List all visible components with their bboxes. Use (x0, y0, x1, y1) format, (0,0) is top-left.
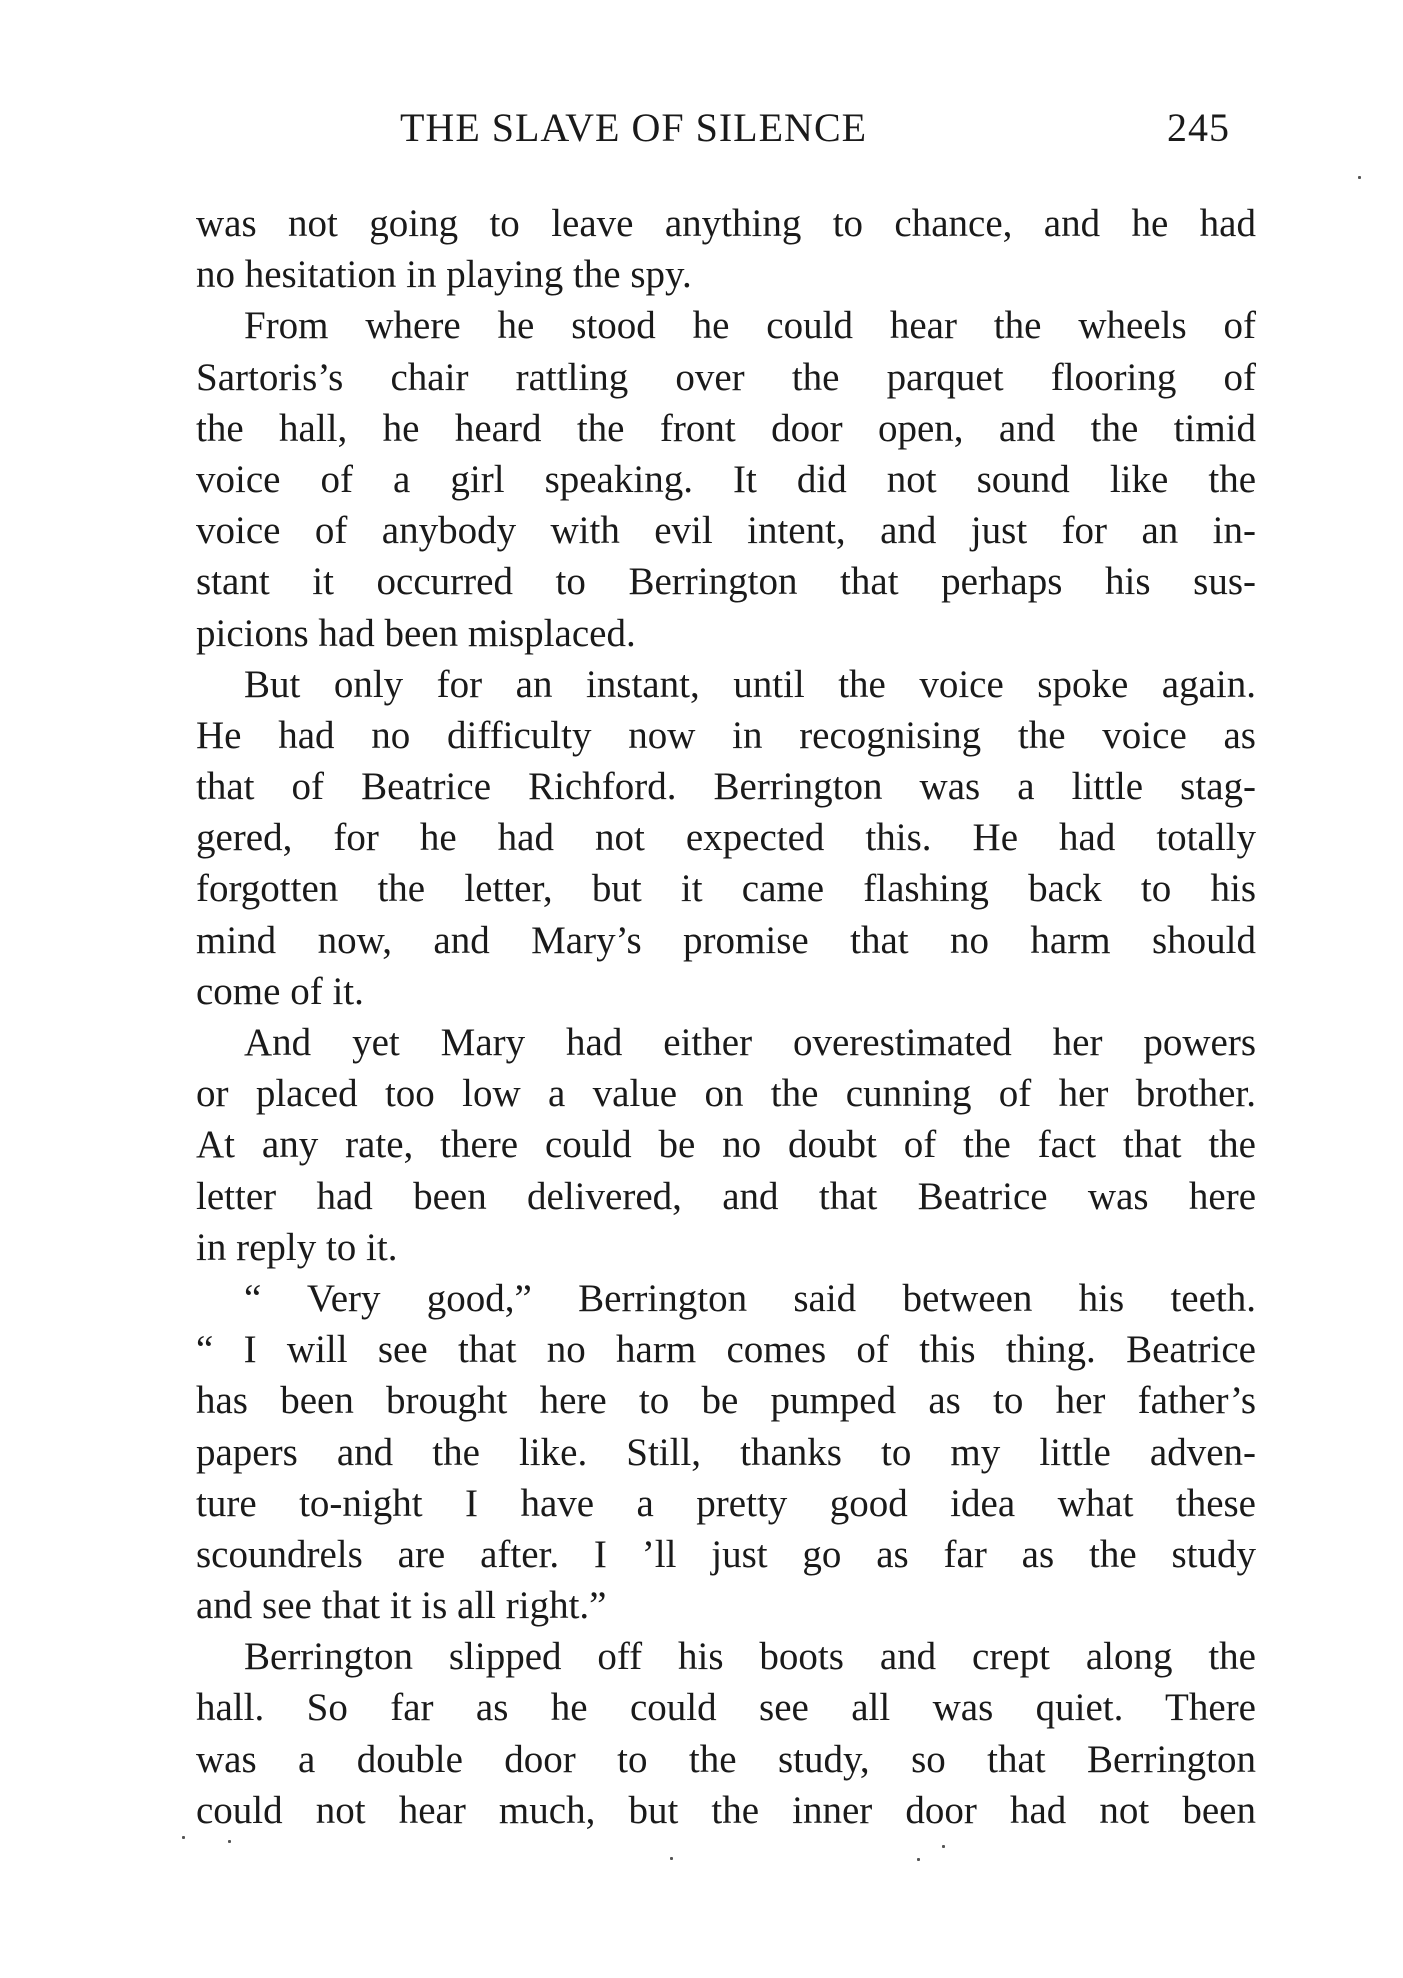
text-line: And yet Mary had either overestimated he… (196, 1017, 1256, 1068)
text-line: From where he stood he could hear the wh… (196, 300, 1256, 351)
text-line: picions had been misplaced. (196, 608, 1256, 659)
text-line: forgotten the letter, but it came flashi… (196, 863, 1256, 914)
text-line: hall. So far as he could see all was qui… (196, 1682, 1256, 1733)
text-line: “ I will see that no harm comes of this … (196, 1324, 1256, 1375)
running-header: THE SLAVE OF SILENCE 245 (400, 104, 1230, 154)
text-line: But only for an instant, until the voice… (196, 659, 1256, 710)
text-line: that of Beatrice Richford. Berrington wa… (196, 761, 1256, 812)
scan-speck (670, 1857, 673, 1860)
text-line: no hesitation in playing the spy. (196, 249, 1256, 300)
scan-speck (228, 1840, 231, 1843)
text-line: voice of a girl speaking. It did not sou… (196, 454, 1256, 505)
text-line: has been brought here to be pumped as to… (196, 1375, 1256, 1426)
text-line: the hall, he heard the front door open, … (196, 403, 1256, 454)
text-line: come of it. (196, 966, 1256, 1017)
text-line: voice of anybody with evil intent, and j… (196, 505, 1256, 556)
text-line: or placed too low a value on the cunning… (196, 1068, 1256, 1119)
text-line: could not hear much, but the inner door … (196, 1785, 1256, 1836)
running-title: THE SLAVE OF SILENCE (400, 104, 867, 151)
text-line: was not going to leave anything to chanc… (196, 198, 1256, 249)
text-line: mind now, and Mary’s promise that no har… (196, 915, 1256, 966)
scan-speck (942, 1845, 945, 1848)
text-line: Berrington slipped off his boots and cre… (196, 1631, 1256, 1682)
text-line: At any rate, there could be no doubt of … (196, 1119, 1256, 1170)
text-line: He had no difficulty now in recognising … (196, 710, 1256, 761)
text-line: “ Very good,” Berrington said between hi… (196, 1273, 1256, 1324)
scan-speck (917, 1858, 920, 1861)
text-line: Sartoris’s chair rattling over the parqu… (196, 352, 1256, 403)
text-line: and see that it is all right.” (196, 1580, 1256, 1631)
page-number: 245 (1167, 104, 1230, 151)
text-line: in reply to it. (196, 1222, 1256, 1273)
text-line: papers and the like. Still, thanks to my… (196, 1427, 1256, 1478)
text-line: ture to-night I have a pretty good idea … (196, 1478, 1256, 1529)
text-line: was a double door to the study, so that … (196, 1734, 1256, 1785)
book-page: THE SLAVE OF SILENCE 245 was not going t… (0, 0, 1403, 1978)
text-line: stant it occurred to Berrington that per… (196, 556, 1256, 607)
text-line: letter had been delivered, and that Beat… (196, 1171, 1256, 1222)
text-line: gered, for he had not expected this. He … (196, 812, 1256, 863)
body-text: was not going to leave anything to chanc… (196, 198, 1256, 1836)
text-line: scoundrels are after. I ’ll just go as f… (196, 1529, 1256, 1580)
scan-speck (1358, 176, 1361, 179)
scan-speck (182, 1836, 185, 1839)
